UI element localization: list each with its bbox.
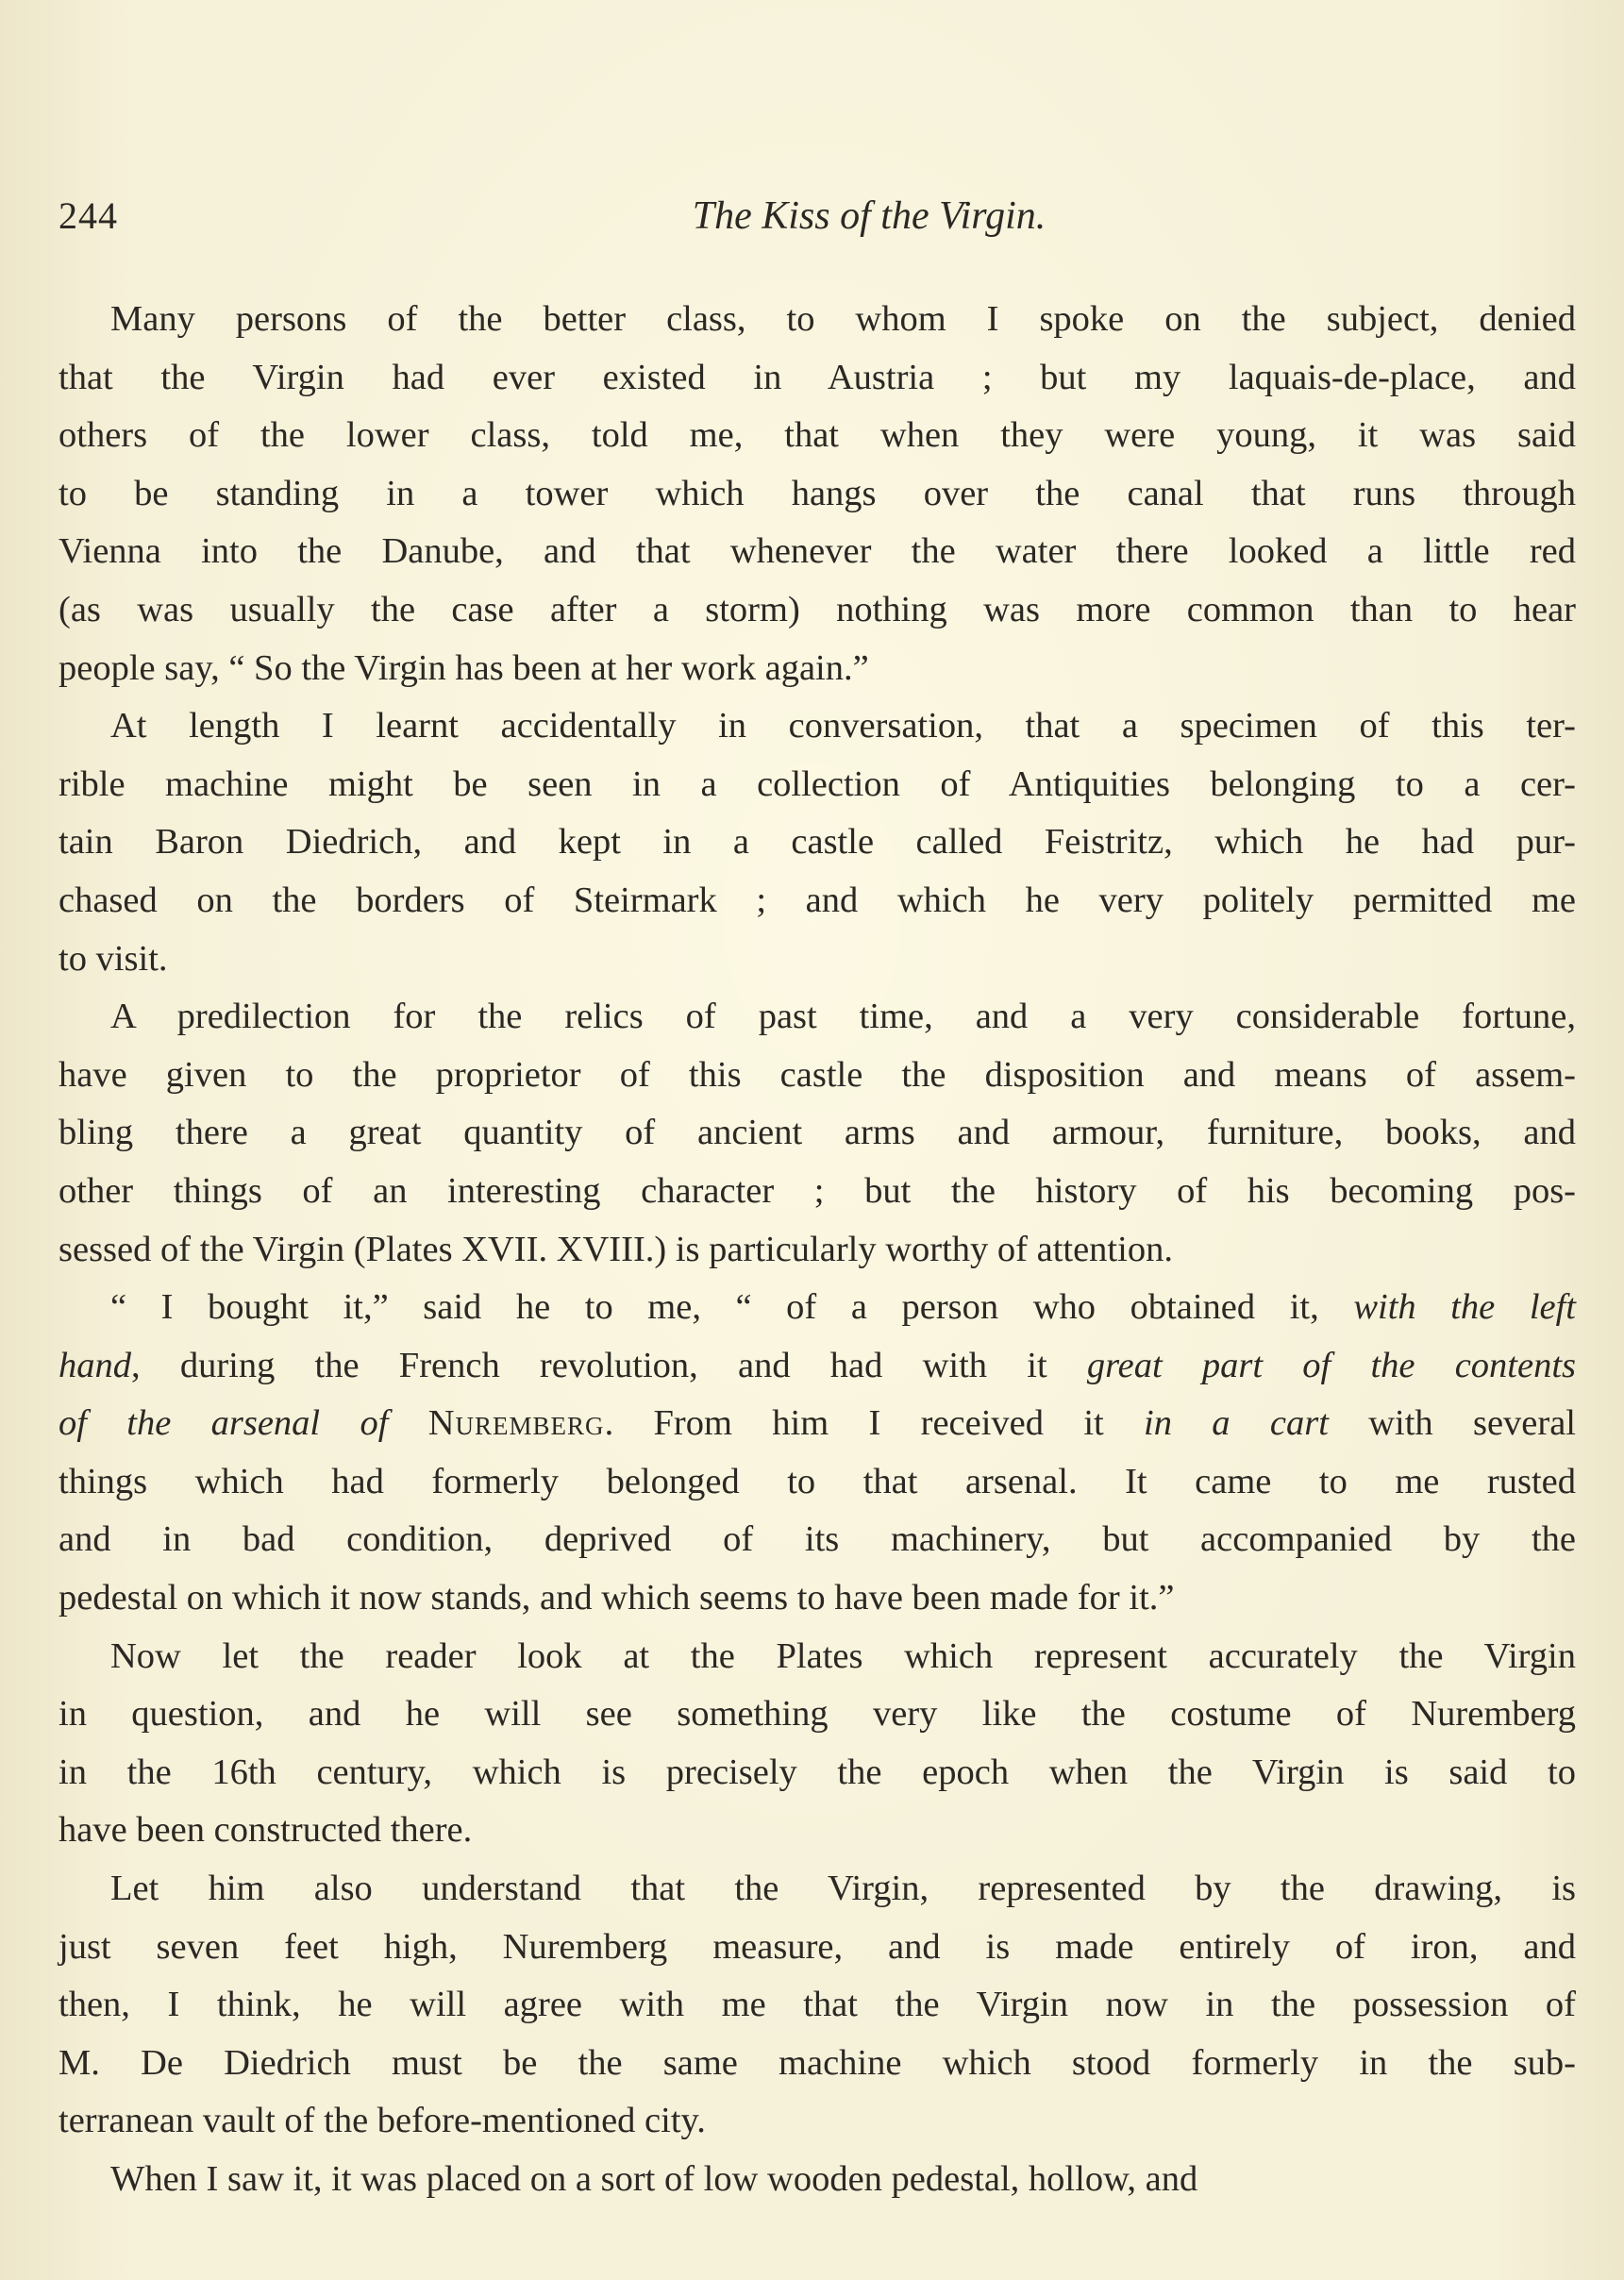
text-line: other things of an interesting character… [59, 1163, 1576, 1221]
text-line: Now let the reader look at the Plates wh… [59, 1628, 1576, 1686]
small-caps-span: Nuremberg [428, 1403, 605, 1443]
italic-span: of the arsenal of [59, 1403, 388, 1443]
text-line: have given to the proprietor of this cas… [59, 1047, 1576, 1105]
text-line: hand, during the French revolution, and … [59, 1337, 1576, 1396]
paragraph: Many persons of the better class, to who… [59, 291, 1576, 697]
text-line: things which had formerly belonged to th… [59, 1453, 1576, 1512]
text-span [388, 1403, 427, 1443]
text-line: tain Baron Diedrich, and kept in a castl… [59, 813, 1576, 872]
text-line: others of the lower class, told me, that… [59, 407, 1576, 465]
text-line: rible machine might be seen in a collect… [59, 756, 1576, 814]
text-line: in the 16th century, which is precisely … [59, 1744, 1576, 1802]
italic-span: with the left [1353, 1287, 1576, 1327]
text-line: Let him also understand that the Virgin,… [59, 1860, 1576, 1919]
text-span: pedestal on which it now stands, and whi… [59, 1578, 1174, 1618]
text-line: M. De Diedrich must be the same machine … [59, 2035, 1576, 2093]
text-line: “ I bought it,” said he to me, “ of a pe… [59, 1279, 1576, 1337]
text-line: that the Virgin had ever existed in Aust… [59, 349, 1576, 408]
text-line: At length I learnt accidentally in conve… [59, 697, 1576, 756]
text-line: pedestal on which it now stands, and whi… [59, 1569, 1576, 1628]
book-page: 244 The Kiss of the Virgin. Many persons… [0, 0, 1624, 2280]
text-line: When I saw it, it was placed on a sort o… [59, 2151, 1576, 2209]
italic-span: hand [59, 1346, 131, 1385]
text-line: to be standing in a tower which hangs ov… [59, 465, 1576, 524]
italic-span: in a cart [1144, 1403, 1329, 1443]
paragraph: When I saw it, it was placed on a sort o… [59, 2151, 1576, 2209]
text-line: terranean vault of the before-mentioned … [59, 2092, 1576, 2151]
body-text: Many persons of the better class, to who… [59, 291, 1576, 2209]
text-line: Vienna into the Danube, and that wheneve… [59, 523, 1576, 581]
text-line: in question, and he will see something v… [59, 1685, 1576, 1744]
text-line: Many persons of the better class, to who… [59, 291, 1576, 349]
text-line: to visit. [59, 930, 1576, 989]
text-line: people say, “ So the Virgin has been at … [59, 640, 1576, 698]
paragraph: “ I bought it,” said he to me, “ of a pe… [59, 1279, 1576, 1628]
text-line: A predilection for the relics of past ti… [59, 988, 1576, 1047]
italic-span: great part of the contents [1087, 1346, 1576, 1385]
text-span: . From him I received it [605, 1403, 1144, 1443]
text-span: , during the French revolution, and had … [131, 1346, 1087, 1385]
text-line: then, I think, he will agree with me tha… [59, 1976, 1576, 2035]
text-span: with several [1329, 1403, 1576, 1443]
text-line: have been constructed there. [59, 1802, 1576, 1860]
running-title: The Kiss of the Virgin. [59, 193, 1576, 239]
text-line: chased on the borders of Steirmark ; and… [59, 872, 1576, 930]
text-span: “ I bought it,” said he to me, “ of a pe… [110, 1287, 1353, 1327]
paragraph: At length I learnt accidentally in conve… [59, 697, 1576, 988]
text-line: (as was usually the case after a storm) … [59, 581, 1576, 640]
text-span: and in bad condition, deprived of its ma… [59, 1519, 1576, 1559]
text-span: things which had formerly belonged to th… [59, 1462, 1576, 1501]
text-line: of the arsenal of Nuremberg. From him I … [59, 1395, 1576, 1453]
text-line: just seven feet high, Nuremberg measure,… [59, 1919, 1576, 1977]
paragraph: Now let the reader look at the Plates wh… [59, 1628, 1576, 1860]
text-line: bling there a great quantity of ancient … [59, 1104, 1576, 1163]
text-line: sessed of the Virgin (Plates XVII. XVIII… [59, 1221, 1576, 1280]
running-head: 244 The Kiss of the Virgin. [59, 193, 1576, 250]
paragraph: A predilection for the relics of past ti… [59, 988, 1576, 1279]
text-line: and in bad condition, deprived of its ma… [59, 1511, 1576, 1569]
paragraph: Let him also understand that the Virgin,… [59, 1860, 1576, 2151]
